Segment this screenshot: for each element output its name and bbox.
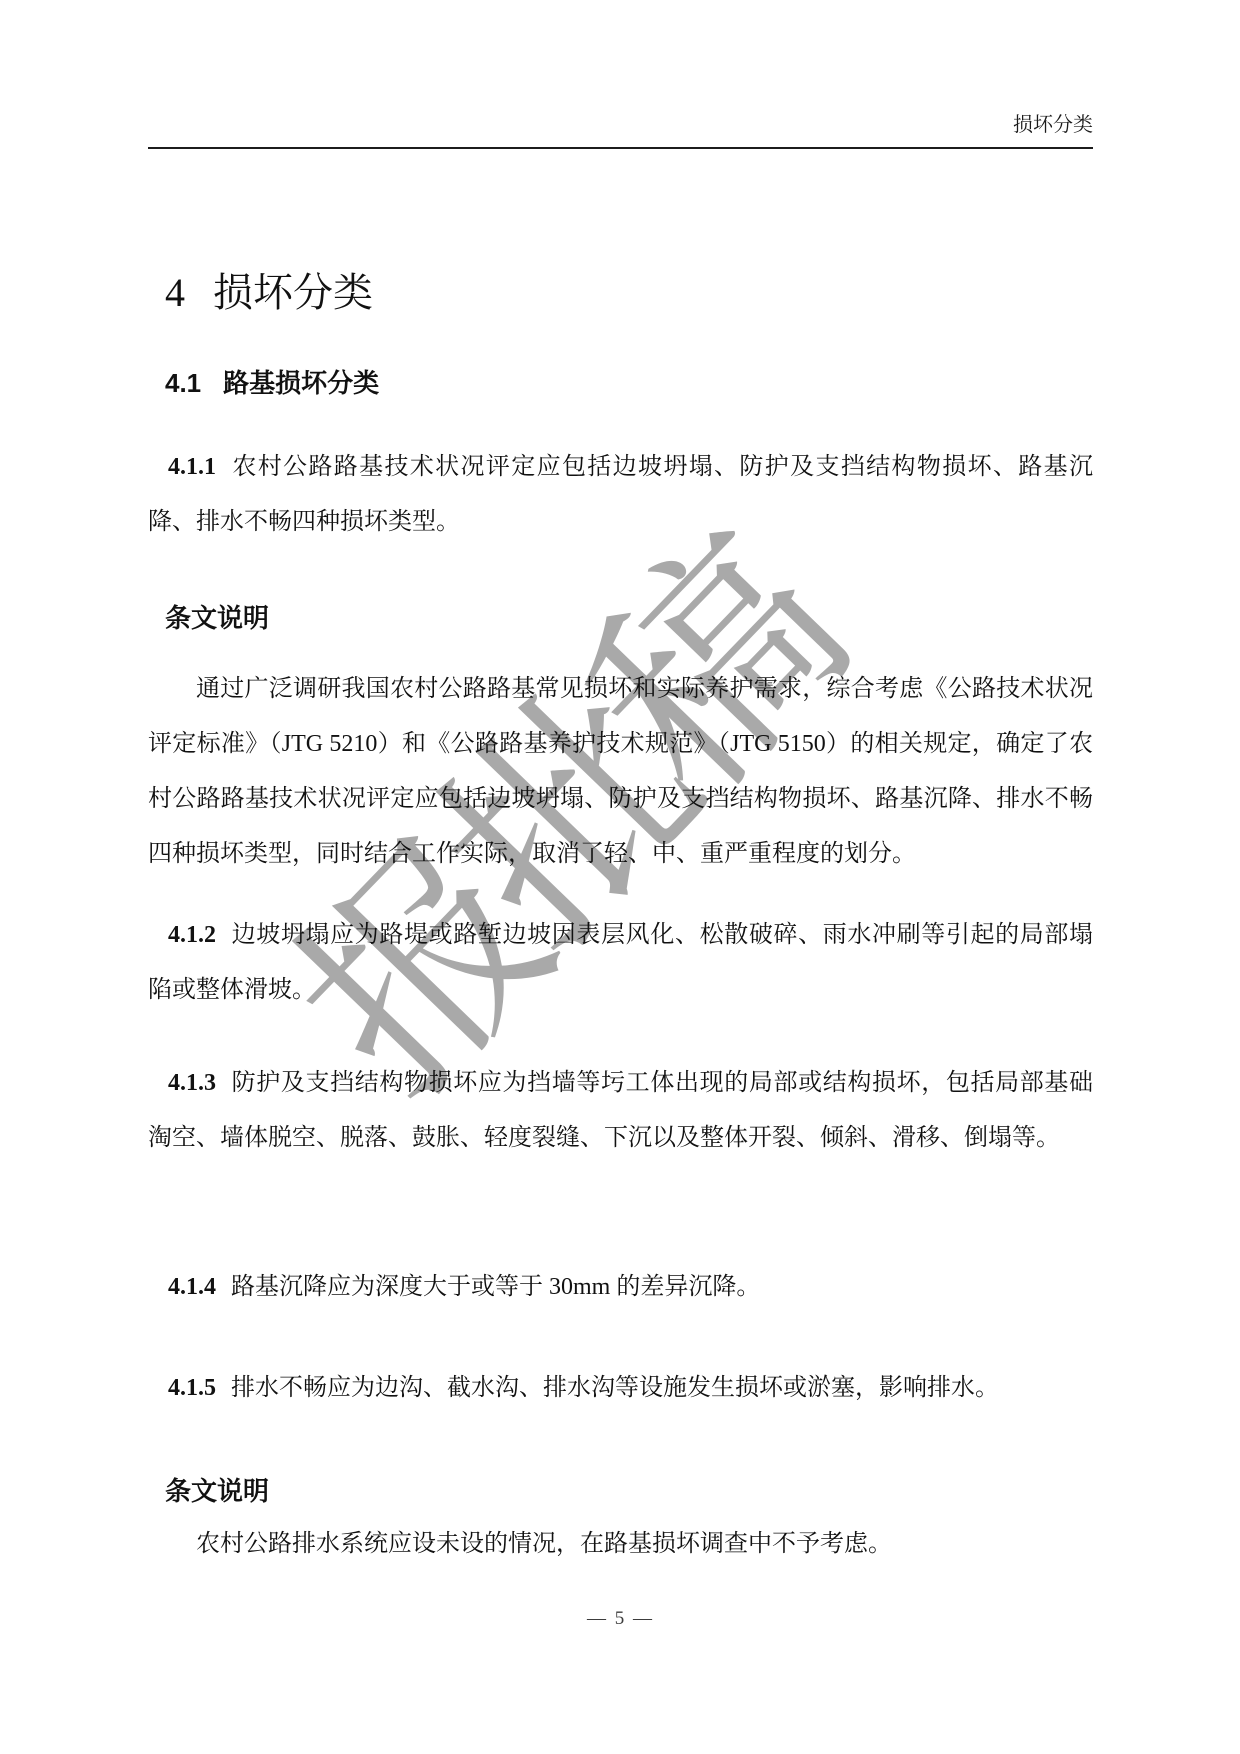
chapter-title: 4损坏分类 [148, 268, 1093, 318]
commentary-label: 条文说明 [148, 602, 269, 636]
header-rule [148, 147, 1093, 149]
running-header: 损坏分类 [148, 112, 1093, 138]
clause-text: 防护及支挡结构物损坏应为挡墙等圬工体出现的局部或结构损坏，包括局部基础淘空、墙体… [148, 1070, 1093, 1151]
clause-text: 排水不畅应为边沟、截水沟、排水沟等设施发生损坏或淤塞，影响排水。 [231, 1375, 999, 1401]
clause-text: 路基沉降应为深度大于或等于 30mm 的差异沉降。 [231, 1274, 760, 1300]
clause-number: 4.1.1 [168, 454, 216, 480]
clause-number: 4.1.5 [168, 1375, 216, 1401]
clause-paragraph-4-1-3: 4.1.3防护及支挡结构物损坏应为挡墙等圬工体出现的局部或结构损坏，包括局部基础… [148, 1056, 1093, 1166]
clause-paragraph-4-1-5: 4.1.5排水不畅应为边沟、截水沟、排水沟等设施发生损坏或淤塞，影响排水。 [148, 1361, 1093, 1416]
document-page: 报批稿 损坏分类 4损坏分类 4.1路基损坏分类 4.1.1农村公路路基技术状况… [0, 0, 1240, 1754]
commentary-paragraph-2: 农村公路排水系统应设未设的情况，在路基损坏调查中不予考虑。 [148, 1517, 1093, 1572]
clause-number: 4.1.2 [168, 922, 216, 948]
clause-text: 农村公路路基技术状况评定应包括边坡坍塌、防护及支挡结构物损坏、路基沉降、排水不畅… [148, 454, 1093, 535]
chapter-number: 4 [165, 270, 185, 315]
clause-paragraph-4-1-1: 4.1.1农村公路路基技术状况评定应包括边坡坍塌、防护及支挡结构物损坏、路基沉降… [148, 440, 1093, 550]
clause-number: 4.1.3 [168, 1070, 216, 1096]
section-heading: 4.1路基损坏分类 [148, 366, 1093, 400]
section-title-text: 路基损坏分类 [223, 368, 379, 398]
chapter-title-text: 损坏分类 [213, 270, 373, 315]
section-number: 4.1 [165, 368, 201, 398]
commentary-label: 条文说明 [148, 1475, 269, 1509]
commentary-paragraph-1: 通过广泛调研我国农村公路路基常见损坏和实际养护需求，综合考虑《公路技术状况评定标… [148, 662, 1093, 882]
clause-paragraph-4-1-2: 4.1.2边坡坍塌应为路堤或路堑边坡因表层风化、松散破碎、雨水冲刷等引起的局部塌… [148, 908, 1093, 1018]
clause-number: 4.1.4 [168, 1274, 216, 1300]
clause-paragraph-4-1-4: 4.1.4路基沉降应为深度大于或等于 30mm 的差异沉降。 [148, 1260, 1093, 1315]
page-number: — 5 — [148, 1608, 1093, 1630]
clause-text: 边坡坍塌应为路堤或路堑边坡因表层风化、松散破碎、雨水冲刷等引起的局部塌陷或整体滑… [148, 922, 1093, 1003]
